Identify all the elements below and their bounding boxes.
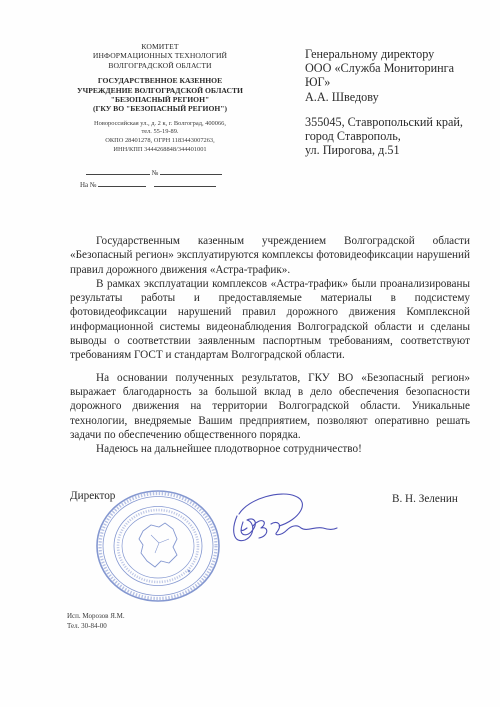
address-line: Новороссийская ул., д. 2 к, г. Волгоград…: [40, 120, 280, 129]
institution-line: (ГКУ ВО "БЕЗОПАСНЫЙ РЕГИОН"): [40, 104, 280, 113]
paragraph: На основании полученных результатов, ГКУ…: [70, 371, 470, 442]
official-stamp-icon: [93, 487, 223, 605]
letter-page: КОМИТЕТ ИНФОРМАЦИОННЫХ ТЕХНОЛОГИЙ ВОЛГОГ…: [0, 0, 500, 707]
executor-name: Исп. Морозов Я.М.: [67, 612, 125, 622]
institution-name: ГОСУДАРСТВЕННОЕ КАЗЕННОЕ УЧРЕЖДЕНИЕ ВОЛГ…: [40, 76, 280, 114]
paragraph: Государственным казенным учреждением Вол…: [70, 234, 470, 277]
okpo-ogrn-line: ОКПО 28401278, ОГРН 1183443007263,: [40, 137, 280, 146]
recipient-position: Генеральному директору: [305, 47, 495, 61]
letterhead: КОМИТЕТ ИНФОРМАЦИОННЫХ ТЕХНОЛОГИЙ ВОЛГОГ…: [40, 42, 280, 154]
reply-label: На №: [80, 181, 97, 189]
address-line: город Ставрополь,: [305, 129, 495, 143]
institution-details: Новороссийская ул., д. 2 к, г. Волгоград…: [40, 120, 280, 154]
letter-body: Государственным казенным учреждением Вол…: [70, 234, 470, 456]
signature-icon: [225, 486, 345, 556]
reply-number-line: На №: [80, 180, 216, 189]
recipient-company-cont: ЮГ»: [305, 75, 495, 89]
committee-line: ИНФОРМАЦИОННЫХ ТЕХНОЛОГИЙ: [40, 51, 280, 60]
date-blank: [86, 168, 150, 175]
phone-line: тел. 55-19-89.: [40, 128, 280, 137]
recipient-address: 355045, Ставропольский край, город Ставр…: [305, 115, 495, 158]
recipient-company: ООО «Служба Мониторинга: [305, 61, 495, 75]
number-sign: №: [152, 169, 159, 177]
committee-line: КОМИТЕТ: [40, 42, 280, 51]
signer-title: Директор: [70, 490, 115, 502]
address-line: ул. Пирогова, д.51: [305, 143, 495, 157]
recipient-name: А.А. Шведову: [305, 90, 495, 104]
number-blank: [160, 168, 222, 175]
institution-line: ГОСУДАРСТВЕННОЕ КАЗЕННОЕ: [40, 76, 280, 85]
signer-name: В. Н. Зеленин: [392, 493, 458, 505]
committee-line: ВОЛГОГРАДСКОЙ ОБЛАСТИ: [40, 61, 280, 70]
paragraph: В рамках эксплуатации комплексов «Астра-…: [70, 277, 470, 363]
address-line: 355045, Ставропольский край,: [305, 115, 495, 129]
institution-line: "БЕЗОПАСНЫЙ РЕГИОН": [40, 95, 280, 104]
reply-date-blank: [154, 180, 216, 187]
institution-line: УЧРЕЖДЕНИЕ ВОЛГОГРАДСКОЙ ОБЛАСТИ: [40, 86, 280, 95]
recipient-block: Генеральному директору ООО «Служба Монит…: [305, 47, 495, 104]
outgoing-number-line: №: [86, 168, 222, 177]
paragraph: Надеюсь на дальнейшее плодотворное сотру…: [70, 442, 470, 456]
reply-number-blank: [98, 180, 146, 187]
executor-info: Исп. Морозов Я.М. Тел. 30-84-00: [67, 612, 125, 631]
committee-name: КОМИТЕТ ИНФОРМАЦИОННЫХ ТЕХНОЛОГИЙ ВОЛГОГ…: [40, 42, 280, 70]
executor-phone: Тел. 30-84-00: [67, 622, 125, 632]
inn-kpp-line: ИНН/КПП 3444268848/344401001: [40, 146, 280, 155]
